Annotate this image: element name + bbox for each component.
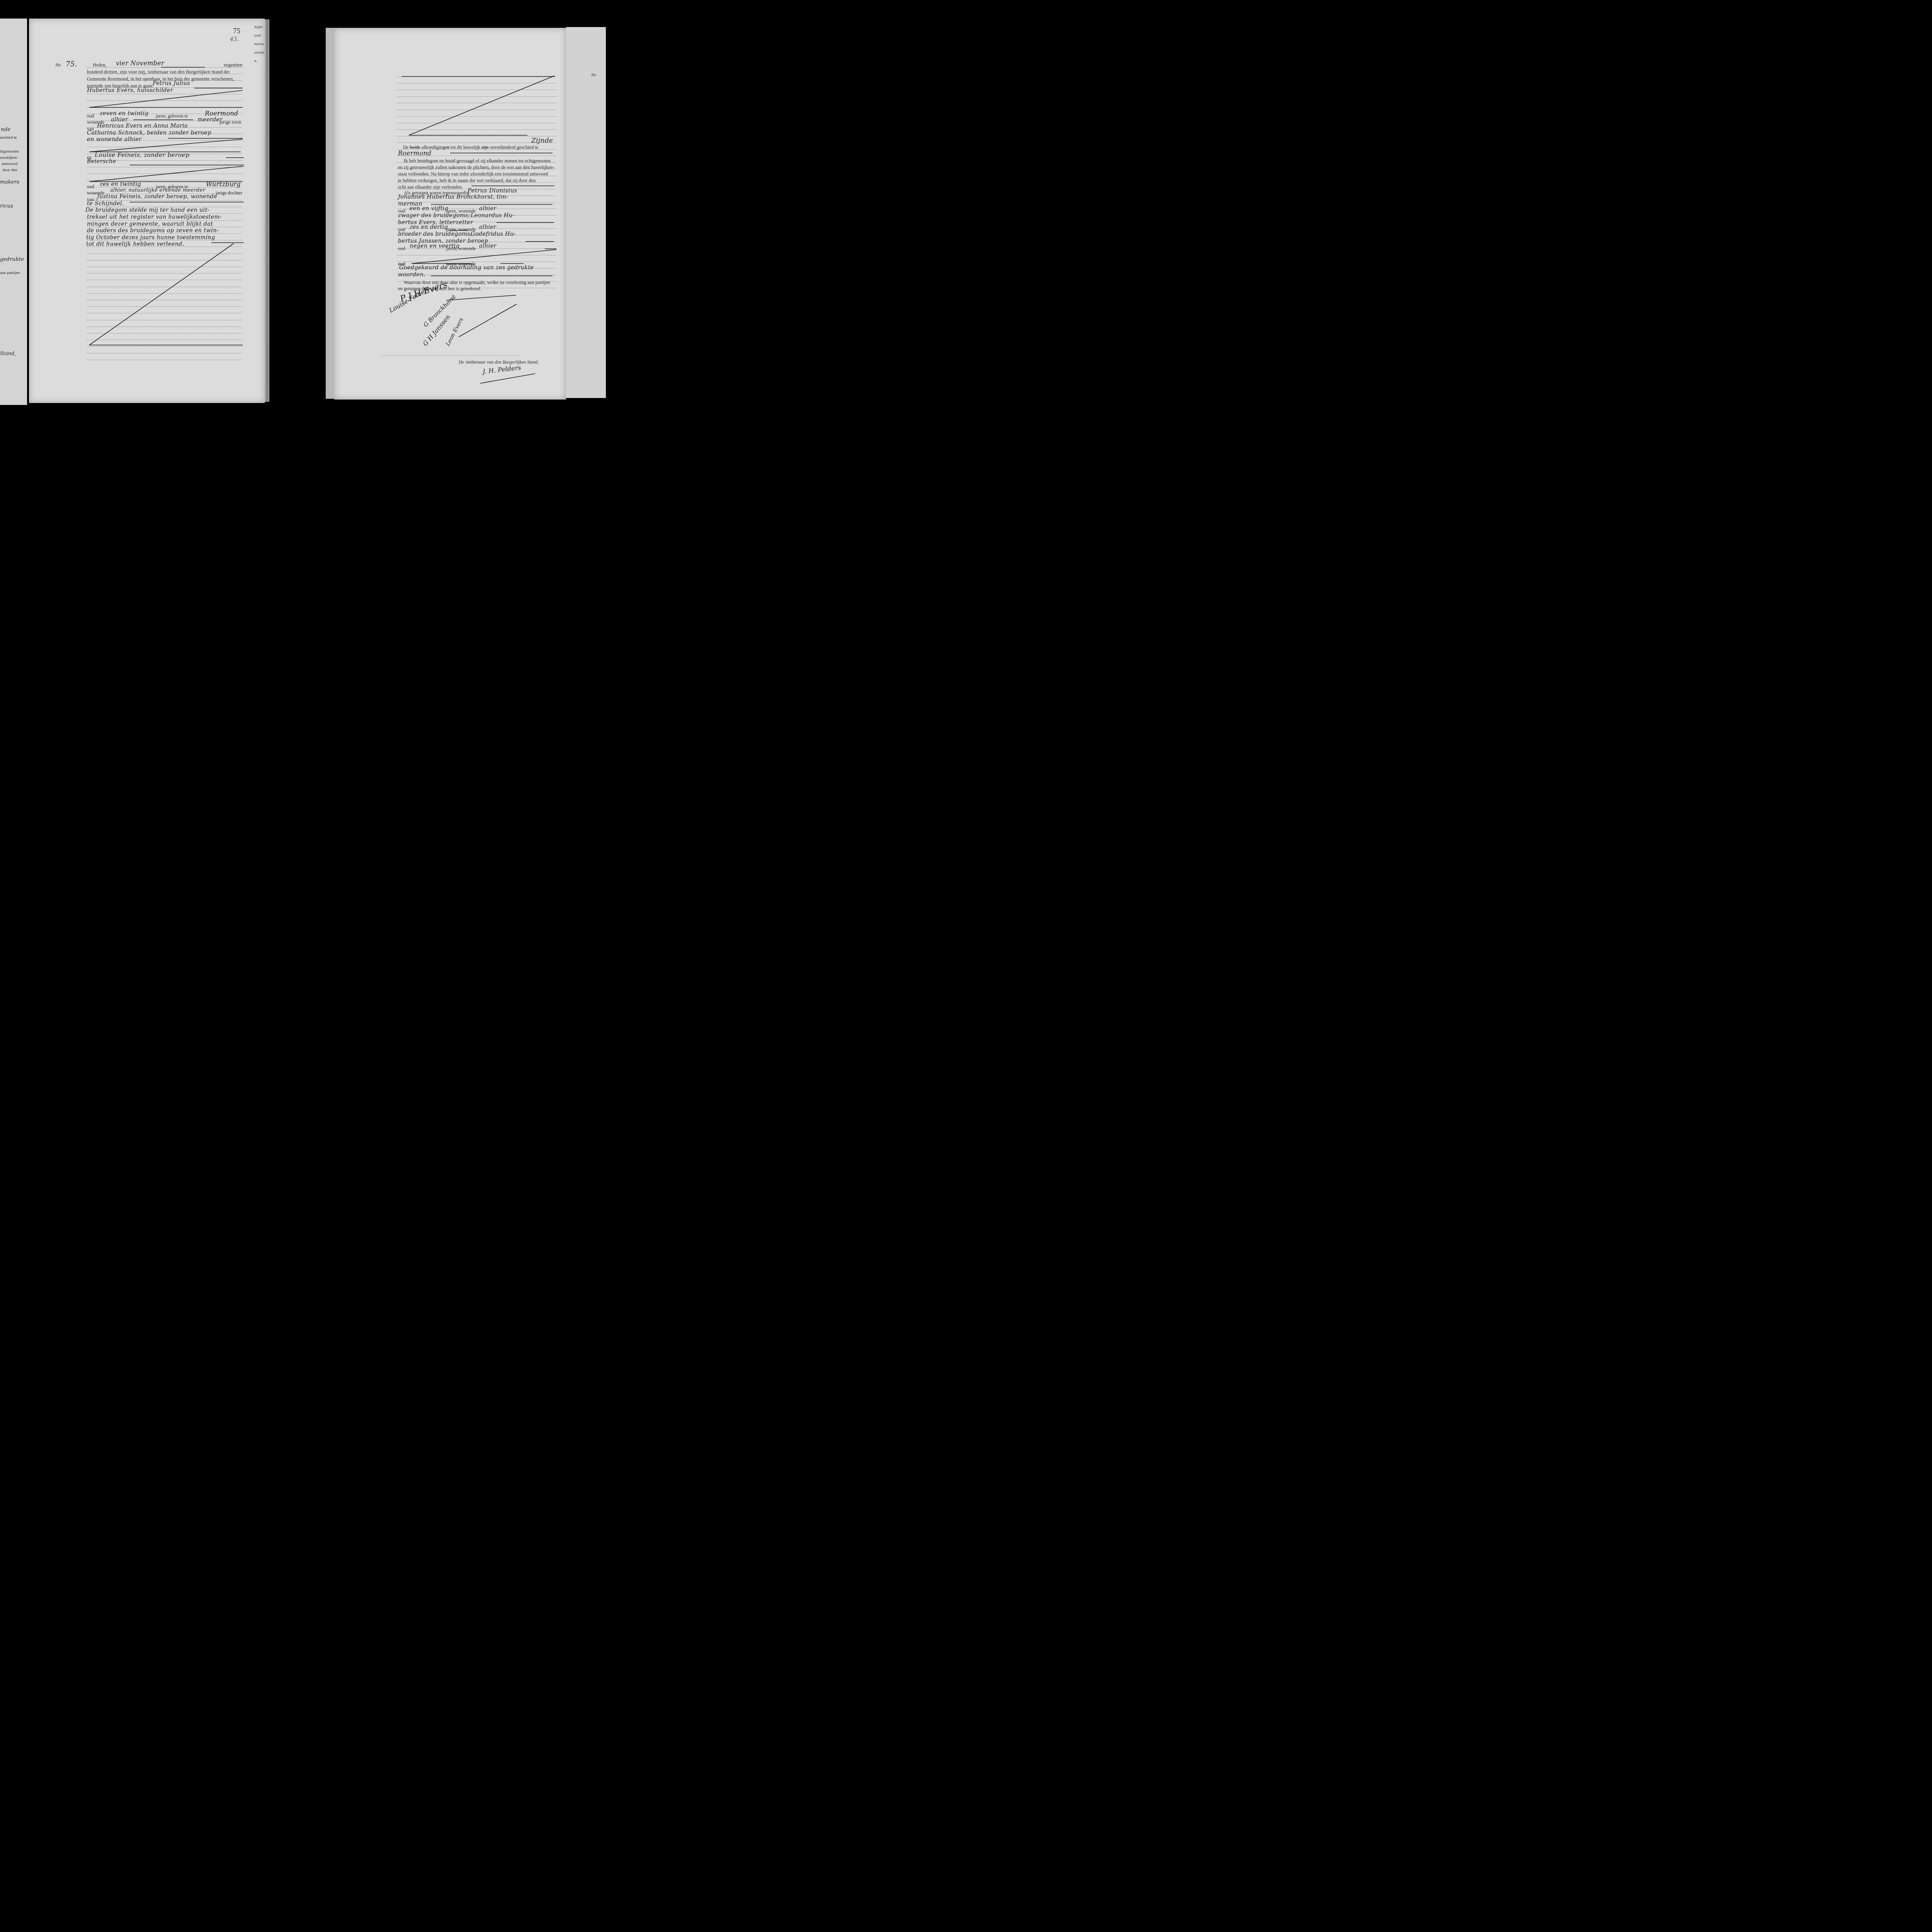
ruled-line xyxy=(397,90,556,90)
zijnde-word: Zijnde xyxy=(531,137,553,145)
intro-year: negentien xyxy=(224,62,243,68)
note-line: de ouders des bruidegoms op zeven en twi… xyxy=(87,228,219,234)
ruled-line xyxy=(87,346,242,347)
ruled-line xyxy=(87,340,242,340)
groom-name: Hubertus Evers, huisschilder xyxy=(87,87,173,94)
ruled-line xyxy=(87,253,242,254)
vows-line: Ik heb bruidegom en bruid gevraagd of zi… xyxy=(404,158,551,164)
prev-fragment: antwoord xyxy=(2,162,18,166)
afkondiging-word: afkondiging xyxy=(422,145,445,150)
vows-line: en zij getrouwelijk zullen nakomen de pl… xyxy=(398,165,554,170)
next-page-no-label: No xyxy=(591,73,596,77)
prev-fragment: door den xyxy=(2,168,17,172)
ruled-line xyxy=(87,360,242,360)
right-register-page: Zijnde De beide afkondigingen tot dit hu… xyxy=(334,28,566,400)
margin-note-line: ond xyxy=(254,32,264,40)
groom-name: Petrus Julius xyxy=(153,80,190,87)
ruled-line xyxy=(397,116,556,117)
ruled-line xyxy=(87,333,242,333)
ruled-line xyxy=(87,280,242,280)
left-scan-half: nde eschied te htgenooten uwelijken- ant… xyxy=(0,0,303,420)
ruled-line xyxy=(87,273,242,274)
witness-age: een en vijftig xyxy=(410,206,448,212)
bride-parent: te Schijndel. xyxy=(87,201,124,207)
prev-fragment: Stand, xyxy=(0,351,16,356)
ruled-line xyxy=(397,83,556,83)
ruled-line xyxy=(397,255,556,255)
ruled-line xyxy=(397,123,556,123)
groom-born-label: jaren, geboren te xyxy=(156,113,188,119)
ruled-line xyxy=(87,306,242,307)
bride-name: Louise Feineis, zonder beroep xyxy=(95,151,189,158)
ruled-line xyxy=(87,100,242,101)
prev-fragment: gedrukte xyxy=(0,257,24,262)
middle-words: tot dit huwelijk xyxy=(451,145,480,150)
margin-note-line: n. xyxy=(254,57,264,66)
act-number: 75. xyxy=(66,60,77,68)
right-scan-half: Zijnde De beide afkondigingen tot dit hu… xyxy=(303,0,606,420)
intro-line: honderd dertien, zijn voor mij, Ambtenaa… xyxy=(87,69,230,75)
prev-fragment: makers xyxy=(0,179,19,185)
ruled-line xyxy=(87,293,242,294)
ruled-line xyxy=(87,320,242,320)
margin-annotation: bijde ond nents oorden n. xyxy=(254,23,264,66)
vows-line: echt aan elkander zijn verbonden. xyxy=(398,184,463,190)
groom-majority: meerder xyxy=(197,117,223,123)
struck-word: en xyxy=(445,145,449,150)
witness-name: Petrus Dionisius xyxy=(468,187,517,194)
ruled-line xyxy=(397,110,556,110)
jaren-wonende-label: jaren, wonende xyxy=(446,246,476,252)
ruled-line xyxy=(87,260,242,260)
ruled-line xyxy=(397,262,556,262)
ruled-line xyxy=(87,67,242,68)
ruled-line xyxy=(397,77,556,77)
approval-note: woorden. xyxy=(398,272,425,278)
ruled-line xyxy=(87,167,242,167)
witness-residence: alhier xyxy=(479,224,497,230)
witness-age: zes en dertig xyxy=(410,224,448,230)
ruled-line xyxy=(87,313,242,313)
bride-age: zes en twintig xyxy=(100,181,141,187)
ruled-line xyxy=(87,353,242,354)
previous-page-edge: nde eschied te htgenooten uwelijken- ant… xyxy=(0,19,27,405)
ruled-line xyxy=(87,327,242,327)
prev-fragment: ricus xyxy=(0,203,13,209)
prev-fragment: eschied te xyxy=(0,135,17,140)
groom-age: zeven en twintig xyxy=(100,111,148,117)
bride-birthplace: Würtzburg xyxy=(206,180,241,188)
next-page-edge: No xyxy=(566,27,606,398)
struck-word: beide xyxy=(410,145,420,150)
ruled-line xyxy=(87,300,242,300)
witness-relation: zwager des bruidegoms; xyxy=(398,213,470,219)
act-label: No xyxy=(55,62,61,68)
groom-oud-label: oud xyxy=(87,113,94,119)
proclamation-place: Roermond xyxy=(398,150,432,157)
ruled-line xyxy=(87,267,242,267)
marriage-date: vier November xyxy=(116,60,164,67)
bride-daughter-label: jarige dochter xyxy=(216,190,242,196)
groom-parents: Catharina Schnock, beiden zonder beroep xyxy=(87,130,211,136)
note-line: tig October dezes jaars hunne toestemmin… xyxy=(86,235,215,241)
official-title: De Ambtenaar van den Burgerlijken Stand, xyxy=(459,359,539,365)
margin-note-line: oorden xyxy=(254,49,264,57)
vows-line: staat verbonden. Na hierop van ieder afz… xyxy=(398,171,548,177)
note-line: treksel uit het register van huwelijksto… xyxy=(87,214,222,220)
bride-parent: Justina Feineis, zonder beroep, wonende xyxy=(97,194,217,200)
de-word: De xyxy=(403,145,409,150)
groom-residence: alhier xyxy=(111,117,128,123)
margin-note-line: bijde xyxy=(254,23,264,32)
bride-nationality: Beiersche xyxy=(87,158,116,165)
oud-label: oud xyxy=(398,246,405,252)
prev-fragment: uwelijken- xyxy=(0,155,18,160)
vows-line: te hebben verkregen, heb ik in naam der … xyxy=(398,178,536,184)
ruled-line xyxy=(87,107,242,107)
witness-name: Leonardus Hu- xyxy=(471,213,514,219)
ruled-line xyxy=(397,129,556,130)
ruled-line xyxy=(397,103,556,103)
approval-note: Goedgekeurd de doorhaling van zes gedruk… xyxy=(399,265,534,271)
ruled-line xyxy=(397,96,556,97)
witness-residence: alhier xyxy=(479,206,497,212)
rest-words: onverhinderd geschied te xyxy=(490,145,539,150)
ruled-line xyxy=(87,173,242,174)
ruled-line xyxy=(87,147,242,147)
struck-word: zijn xyxy=(481,145,489,150)
witness-residence: alhier xyxy=(479,243,497,249)
witness-relation: broeder des bruidegoms; xyxy=(398,231,472,237)
bride-residence: alhier, natuurlijke erkende meerder xyxy=(110,187,205,193)
groom-parents: en wonende alhier xyxy=(87,136,141,143)
margin-note-line: nents xyxy=(254,40,264,49)
groom-parents: Henricus Evers en Anna Maria xyxy=(97,123,188,129)
groom-son-label: jarige zoon xyxy=(219,119,241,125)
prev-fragment: htgenooten xyxy=(0,149,19,154)
witness-name: Godefridus Hu- xyxy=(471,231,516,237)
left-register-page: 75 43. bijde ond nents oorden n. No 75. … xyxy=(29,19,265,403)
page-stack-edge xyxy=(326,28,334,399)
ruled-line xyxy=(87,287,242,287)
note-line: mingen dezer gemeente, waaruit blijkt da… xyxy=(87,221,213,227)
intro-heden: Heden, xyxy=(93,62,107,68)
note-line: De bruidegom stelde mij ter hand een uit… xyxy=(85,207,209,213)
ruled-line xyxy=(397,136,556,136)
ruled-line xyxy=(87,94,242,94)
prev-fragment: aan partijen xyxy=(0,270,20,275)
bride-oud-label: oud xyxy=(87,184,94,190)
book-gutter xyxy=(265,19,269,402)
groom-birthplace: Roermond xyxy=(205,110,238,117)
closing-line: Waarvan door mij deze akte is opgemaakt,… xyxy=(404,280,550,286)
note-line: tot dit huwelijk hebben verleend. xyxy=(86,241,184,247)
prev-fragment: nde xyxy=(1,127,10,133)
witness-name: Johannes Hubertus Bronckhorst, tim- xyxy=(398,194,509,200)
